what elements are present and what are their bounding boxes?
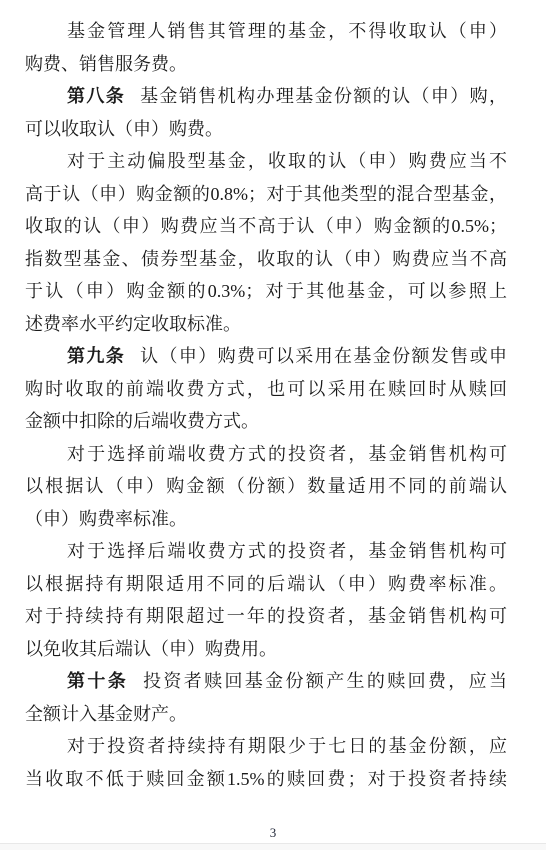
text-line: 述费率水平约定收取标准。 bbox=[25, 308, 507, 341]
text-segment: 对于投资者持续持有期限少于七日的基金份额，应 bbox=[67, 736, 507, 756]
text-line: 第九条认（申）购费可以采用在基金份额发售或申 bbox=[25, 340, 507, 373]
text-segment: 指数型基金、债券型基金，收取的认（申）购费应当不高 bbox=[25, 249, 507, 269]
article-number: 第八条 bbox=[67, 86, 125, 106]
text-segment: ；对于其他类型的混合型基金， bbox=[248, 184, 507, 204]
text-line: 以根据持有期限适用不同的后端认（申）购费率标准。 bbox=[25, 568, 507, 601]
text-segment: ；对于其他基金，可以参照上 bbox=[245, 281, 507, 301]
text-segment: 对于持续持有期限超过一年的投资者，基金销售机构可 bbox=[25, 606, 507, 626]
text-line: 指数型基金、债券型基金，收取的认（申）购费应当不高 bbox=[25, 243, 507, 276]
text-line: 对于主动偏股型基金，收取的认（申）购费应当不 bbox=[25, 145, 507, 178]
text-line: 收取的认（申）购费应当不高于认（申）购金额的0.5%；对于 bbox=[25, 210, 507, 243]
percentage-value: 1.5% bbox=[227, 769, 265, 789]
text-line: 于认（申）购金额的0.3%；对于其他基金，可以参照上 bbox=[25, 275, 507, 308]
text-line: 以根据认（申）购金额（份额）数量适用不同的前端认 bbox=[25, 470, 507, 503]
text-segment: 购时收取的前端收费方式，也可以采用在赎回时从赎回 bbox=[25, 379, 507, 399]
text-line: 当收取不低于赎回金额1.5%的赎回费；对于投资者持续 bbox=[25, 763, 507, 796]
text-segment: 高于认（申）购金额的 bbox=[25, 184, 210, 204]
text-line: 基金管理人销售其管理的基金，不得收取认（申） bbox=[25, 15, 507, 48]
text-segment: 购费、销售服务费。 bbox=[25, 54, 187, 74]
text-segment: 收取的认（申）购费应当不高于认（申）购金额的 bbox=[25, 216, 452, 236]
article-number: 第九条 bbox=[67, 346, 125, 366]
document-page-body: 基金管理人销售其管理的基金，不得收取认（申）购费、销售服务费。第八条基金销售机构… bbox=[25, 15, 507, 795]
text-line: 第十条投资者赎回基金份额产生的赎回费，应当 bbox=[25, 665, 507, 698]
text-segment: 基金管理人销售其管理的基金，不得收取认（申） bbox=[67, 21, 507, 41]
text-line: 对于选择前端收费方式的投资者，基金销售机构可 bbox=[25, 438, 507, 471]
article-number: 第十条 bbox=[67, 671, 128, 691]
percentage-value: 0.8% bbox=[210, 184, 248, 204]
text-segment: 当收取不低于赎回金额 bbox=[25, 769, 227, 789]
text-line: 高于认（申）购金额的0.8%；对于其他类型的混合型基金， bbox=[25, 178, 507, 211]
text-segment: 以根据持有期限适用不同的后端认（申）购费率标准。 bbox=[25, 574, 507, 594]
text-segment: 的赎回费；对于投资者持续 bbox=[265, 769, 507, 789]
page-bottom-edge bbox=[0, 843, 546, 850]
text-segment: 述费率水平约定收取标准。 bbox=[25, 314, 241, 334]
text-segment: （申）购费率标准。 bbox=[25, 509, 187, 529]
text-segment: 以免收其后端认（申）购费用。 bbox=[25, 639, 277, 659]
text-segment: 对于选择后端收费方式的投资者，基金销售机构可 bbox=[67, 541, 507, 561]
percentage-value: 0.3% bbox=[208, 281, 246, 301]
text-segment: 基金销售机构办理基金份额的认（申）购， bbox=[140, 86, 507, 106]
text-segment: 金额中扣除的后端收费方式。 bbox=[25, 411, 259, 431]
text-line: 对于持续持有期限超过一年的投资者，基金销售机构可 bbox=[25, 600, 507, 633]
text-line: 可以收取认（申）购费。 bbox=[25, 113, 507, 146]
text-line: 第八条基金销售机构办理基金份额的认（申）购， bbox=[25, 80, 507, 113]
text-segment: 对于选择前端收费方式的投资者，基金销售机构可 bbox=[67, 444, 507, 464]
text-line: 对于选择后端收费方式的投资者，基金销售机构可 bbox=[25, 535, 507, 568]
page-number: 3 bbox=[270, 824, 277, 841]
text-line: 对于投资者持续持有期限少于七日的基金份额，应 bbox=[25, 730, 507, 763]
text-segment: 投资者赎回基金份额产生的赎回费，应当 bbox=[143, 671, 507, 691]
text-segment: 认（申）购费可以采用在基金份额发售或申 bbox=[140, 346, 507, 366]
page-footer: 3 bbox=[0, 824, 546, 842]
text-line: 购费、销售服务费。 bbox=[25, 48, 507, 81]
text-line: （申）购费率标准。 bbox=[25, 503, 507, 536]
percentage-value: 0.5% bbox=[452, 216, 490, 236]
text-line: 购时收取的前端收费方式，也可以采用在赎回时从赎回 bbox=[25, 373, 507, 406]
text-segment: 以根据认（申）购金额（份额）数量适用不同的前端认 bbox=[25, 476, 507, 496]
text-segment: 对于主动偏股型基金，收取的认（申）购费应当不 bbox=[67, 151, 507, 171]
text-line: 全额计入基金财产。 bbox=[25, 698, 507, 731]
text-segment: 全额计入基金财产。 bbox=[25, 704, 187, 724]
text-segment: 可以收取认（申）购费。 bbox=[25, 119, 223, 139]
text-line: 以免收其后端认（申）购费用。 bbox=[25, 633, 507, 666]
text-segment: 于认（申）购金额的 bbox=[25, 281, 208, 301]
text-line: 金额中扣除的后端收费方式。 bbox=[25, 405, 507, 438]
